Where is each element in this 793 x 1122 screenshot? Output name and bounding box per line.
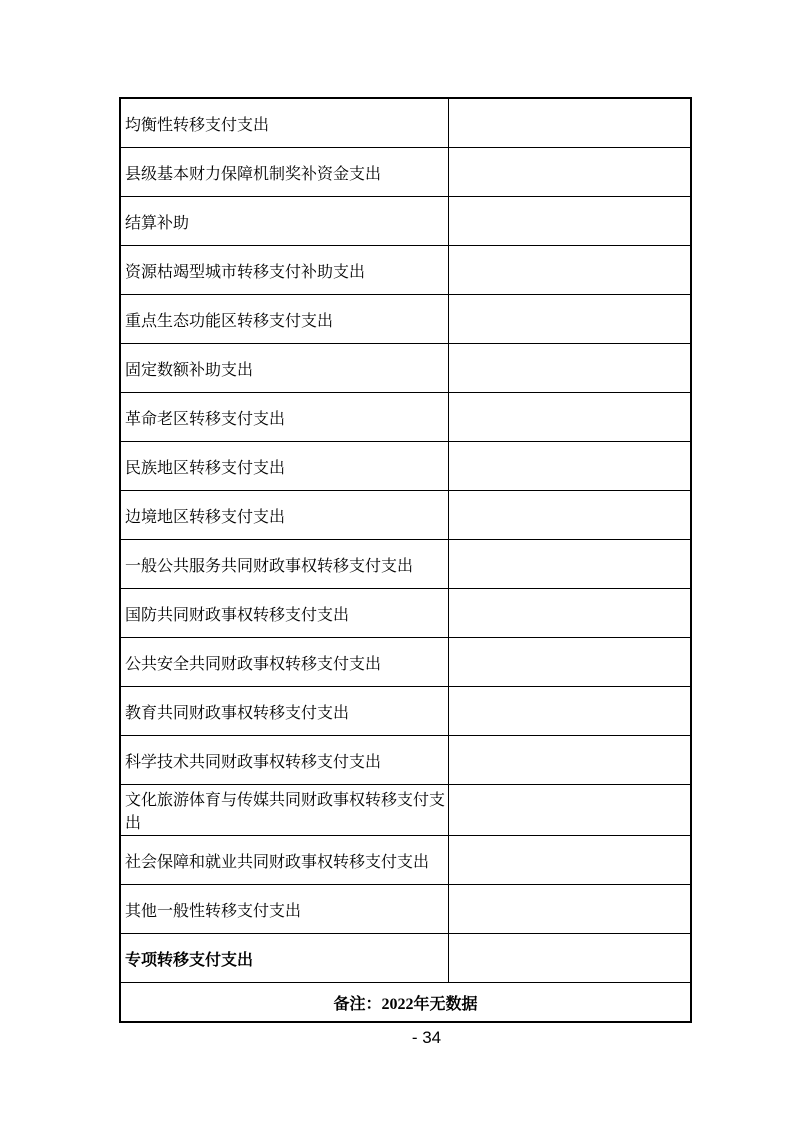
row-label: 边境地区转移支付支出 (120, 491, 449, 540)
row-label: 专项转移支付支出 (120, 934, 449, 983)
row-label: 社会保障和就业共同财政事权转移支付支出 (120, 836, 449, 885)
row-value (449, 638, 692, 687)
row-label: 均衡性转移支付支出 (120, 98, 449, 148)
row-value (449, 687, 692, 736)
table-row: 结算补助 (120, 197, 691, 246)
transfer-payment-table: 均衡性转移支付支出 县级基本财力保障机制奖补资金支出 结算补助 资源枯竭型城市转… (119, 97, 692, 1023)
row-label: 重点生态功能区转移支付支出 (120, 295, 449, 344)
row-label: 资源枯竭型城市转移支付补助支出 (120, 246, 449, 295)
row-label: 革命老区转移支付支出 (120, 393, 449, 442)
table-row: 专项转移支付支出 (120, 934, 691, 983)
table-row: 固定数额补助支出 (120, 344, 691, 393)
row-label: 科学技术共同财政事权转移支付支出 (120, 736, 449, 785)
table-row: 边境地区转移支付支出 (120, 491, 691, 540)
row-value (449, 589, 692, 638)
table-row: 其他一般性转移支付支出 (120, 885, 691, 934)
row-value (449, 736, 692, 785)
row-value (449, 148, 692, 197)
row-label: 县级基本财力保障机制奖补资金支出 (120, 148, 449, 197)
row-label: 公共安全共同财政事权转移支付支出 (120, 638, 449, 687)
row-value (449, 491, 692, 540)
note-section: 备注：2022年无数据 (120, 983, 691, 1023)
row-label: 其他一般性转移支付支出 (120, 885, 449, 934)
row-label: 结算补助 (120, 197, 449, 246)
table-row: 国防共同财政事权转移支付支出 (120, 589, 691, 638)
row-label: 固定数额补助支出 (120, 344, 449, 393)
table-row: 文化旅游体育与传媒共同财政事权转移支付支出 (120, 785, 691, 836)
note-text: 备注：2022年无数据 (120, 983, 691, 1023)
document-page: 均衡性转移支付支出 县级基本财力保障机制奖补资金支出 结算补助 资源枯竭型城市转… (0, 0, 793, 1122)
table-row: 民族地区转移支付支出 (120, 442, 691, 491)
table-row: 社会保障和就业共同财政事权转移支付支出 (120, 836, 691, 885)
table-row: 科学技术共同财政事权转移支付支出 (120, 736, 691, 785)
row-value (449, 836, 692, 885)
table-row: 重点生态功能区转移支付支出 (120, 295, 691, 344)
row-label: 民族地区转移支付支出 (120, 442, 449, 491)
row-label: 一般公共服务共同财政事权转移支付支出 (120, 540, 449, 589)
table-row: 资源枯竭型城市转移支付补助支出 (120, 246, 691, 295)
row-value (449, 885, 692, 934)
row-value (449, 540, 692, 589)
row-value (449, 295, 692, 344)
row-label: 文化旅游体育与传媒共同财政事权转移支付支出 (120, 785, 449, 836)
row-value (449, 934, 692, 983)
row-value (449, 393, 692, 442)
row-value (449, 344, 692, 393)
row-value (449, 197, 692, 246)
row-value (449, 98, 692, 148)
table-row: 公共安全共同财政事权转移支付支出 (120, 638, 691, 687)
row-value (449, 246, 692, 295)
row-label: 教育共同财政事权转移支付支出 (120, 687, 449, 736)
transfer-table-body: 均衡性转移支付支出 县级基本财力保障机制奖补资金支出 结算补助 资源枯竭型城市转… (120, 98, 691, 983)
note-row: 备注：2022年无数据 (120, 983, 691, 1023)
table-row: 县级基本财力保障机制奖补资金支出 (120, 148, 691, 197)
table-row: 教育共同财政事权转移支付支出 (120, 687, 691, 736)
row-label: 国防共同财政事权转移支付支出 (120, 589, 449, 638)
row-value (449, 442, 692, 491)
table-row: 一般公共服务共同财政事权转移支付支出 (120, 540, 691, 589)
page-number: - 34 (30, 1028, 793, 1048)
row-value (449, 785, 692, 836)
table-row: 革命老区转移支付支出 (120, 393, 691, 442)
table-row: 均衡性转移支付支出 (120, 98, 691, 148)
